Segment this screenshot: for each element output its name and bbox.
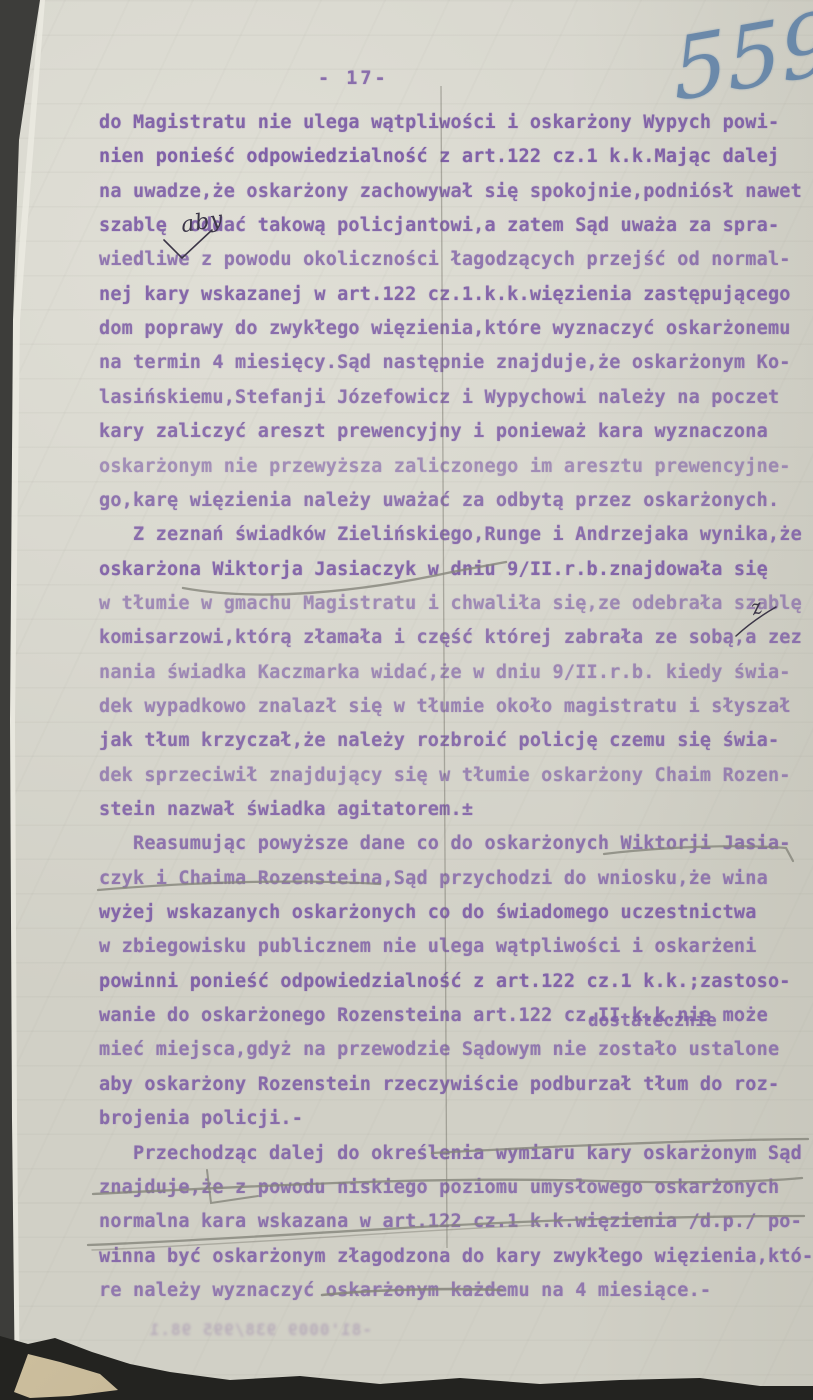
typed-line: w zbiegowisku publicznem nie ulega wątpl… (99, 936, 757, 957)
typed-line: nania świadka Kaczmarka widać,że w dniu … (99, 662, 791, 683)
typed-line: czyk i Chaima Rozensteina,Sąd przychodzi… (99, 868, 768, 889)
typed-line: aby oskarżony Rozenstein rzeczywiście po… (99, 1074, 779, 1095)
typed-line: dom poprawy do zwykłego więzienia,które … (99, 318, 791, 339)
typed-line: oskarżonym nie przewyższa zaliczonego im… (99, 456, 791, 477)
folio-number-handwritten: 559 (670, 0, 813, 114)
typed-line: na uwadze,że oskarżony zachowywał się sp… (99, 181, 802, 202)
typed-line: nien ponieść odpowiedzialność z art.122 … (99, 146, 779, 167)
typed-line: stein nazwał świadka agitatorem.± (99, 799, 473, 820)
scanned-court-document-page: { "page": { "number_label": "- 17-", "fo… (0, 0, 813, 1400)
typed-line: dek sprzeciwił znajdujący się w tłumie o… (99, 765, 791, 786)
typed-line: kary zaliczyć areszt prewencyjny i ponie… (99, 421, 768, 442)
typed-line: normalna kara wskazana w art.122 cz.1 k.… (99, 1211, 802, 1232)
ink-offset-ghost-text: -81'0009 938/995 98.1 (52, 1320, 372, 1339)
typed-line: znajduje,że z powodu niskiego poziomu um… (99, 1177, 779, 1198)
typed-line: jak tłum krzyczał,że należy rozbroić pol… (99, 730, 779, 751)
typed-line: winna być oskarżonym złagodzona do kary … (99, 1246, 813, 1267)
typed-line: w tłumie w gmachu Magistratu i chwaliła … (99, 593, 802, 614)
typed-line: oskarżona Wiktorja Jasiaczyk w dniu 9/II… (99, 559, 768, 580)
typed-line: lasińskiemu,Stefanji Józefowicz i Wypych… (99, 387, 779, 408)
typed-line: Przechodząc dalej do określenia wymiaru … (133, 1143, 802, 1164)
page-number: - 17- (318, 68, 389, 89)
interline-correction-dostatecznie: dostatecznie (588, 1011, 717, 1031)
typed-line: nej kary wskazanej w art.122 cz.1.k.k.wi… (99, 284, 791, 305)
typed-line: mieć miejsca,gdyż na przewodzie Sądowym … (99, 1039, 779, 1060)
typed-line: Reasumując powyższe dane co do oskarżony… (133, 833, 791, 854)
typed-line: na termin 4 miesięcy.Sąd następnie znajd… (99, 352, 791, 373)
typed-line: wyżej wskazanych oskarżonych co do świad… (99, 902, 757, 923)
typed-line: go,karę więzienia należy uważać za odbyt… (99, 490, 779, 511)
typed-line: Z zeznań świadków Zielińskiego,Runge i A… (133, 524, 802, 545)
typed-line: komisarzowi,którą złamała i część której… (99, 627, 802, 648)
typed-line: brojenia policji.- (99, 1108, 303, 1129)
typed-line: wiedliwe z powodu okoliczności łagodzący… (99, 249, 791, 270)
typed-line: dek wypadkowo znalazł się w tłumie około… (99, 696, 791, 717)
typed-line: powinni ponieść odpowiedzialność z art.1… (99, 971, 791, 992)
typed-line: re należy wyznaczyć oskarżonym każdemu n… (99, 1280, 711, 1301)
